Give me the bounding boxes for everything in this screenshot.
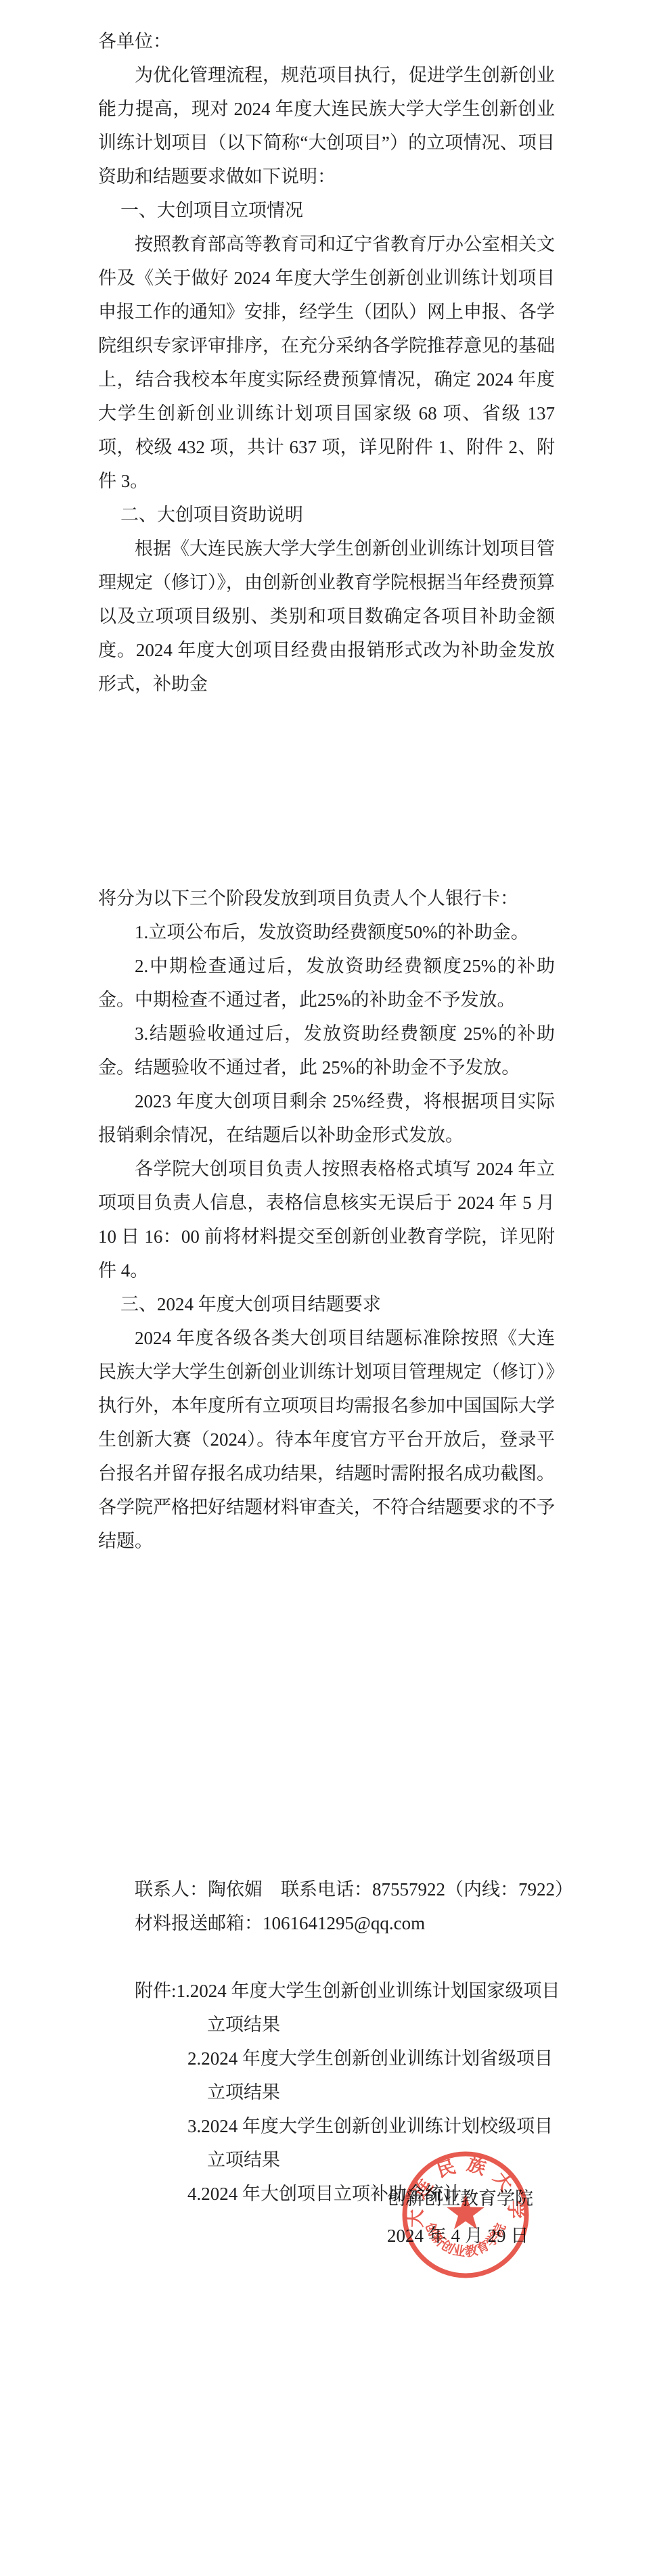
- paragraph: 根据《大连民族大学大学生创新创业训练计划项目管理规定（修订）》，由创新创业教育学…: [98, 532, 555, 701]
- text-line: 2.2024 年度大学生创新创业训练计划省级项目: [98, 2042, 555, 2075]
- text-line: 附件:1.2024 年度大学生创新创业训练计划国家级项目: [98, 1974, 555, 2008]
- text-line: 材料报送邮箱：1061641295@qq.com: [98, 1906, 555, 1940]
- official-stamp-seal: 大连民族大学 创新创业教育学院: [398, 2147, 533, 2282]
- spacer: [98, 1940, 555, 1974]
- paragraph: 各学院大创项目负责人按照表格格式填写 2024 年立项项目负责人信息，表格信息核…: [98, 1152, 555, 1287]
- section-heading: 二、大创项目资助说明: [98, 498, 555, 532]
- paragraph: 将分为以下三个阶段发放到项目负责人个人银行卡：: [98, 881, 555, 915]
- paragraph: 3.结题验收通过后，发放资助经费额度 25%的补助金。结题验收不通过者，此 25…: [98, 1017, 555, 1084]
- paragraph: 1.立项公布后，发放资助经费额度50%的补助金。: [98, 915, 555, 949]
- paragraph: 2024 年度各级各类大创项目结题标准除按照《大连民族大学大学生创新创业训练计划…: [98, 1321, 555, 1558]
- star-icon: [447, 2194, 484, 2230]
- document-page: 各单位：为优化管理流程，规范项目执行，促进学生创新创业能力提高，现对 2024 …: [0, 0, 653, 2576]
- text-line: 立项结果: [98, 2075, 555, 2109]
- section-heading: 三、2024 年度大创项目结题要求: [98, 1287, 555, 1321]
- paragraph: 按照教育部高等教育司和辽宁省教育厅办公室相关文件及《关于做好 2024 年度大学…: [98, 227, 555, 498]
- spacer: [98, 1558, 555, 1872]
- paragraph: 2.中期检查通过后，发放资助经费额度25%的补助金。中期检查不通过者，此25%的…: [98, 949, 555, 1017]
- section-heading: 一、大创项目立项情况: [98, 193, 555, 227]
- stamp-bottom-arc-text: 创新创业教育学院: [422, 2219, 509, 2259]
- document-flow: 各单位：为优化管理流程，规范项目执行，促进学生创新创业能力提高，现对 2024 …: [98, 24, 555, 2211]
- text-line: 各单位：: [98, 24, 555, 58]
- text-line: 联系人：陶依媚 联系电话：87557922（内线：7922）: [98, 1872, 555, 1906]
- text-line: 3.2024 年度大学生创新创业训练计划校级项目: [98, 2109, 555, 2143]
- spacer: [98, 701, 555, 881]
- paragraph: 2023 年度大创项目剩余 25%经费，将根据项目实际报销剩余情况，在结题后以补…: [98, 1084, 555, 1152]
- paragraph: 为优化管理流程，规范项目执行，促进学生创新创业能力提高，现对 2024 年度大连…: [98, 58, 555, 193]
- text-line: 立项结果: [98, 2008, 555, 2042]
